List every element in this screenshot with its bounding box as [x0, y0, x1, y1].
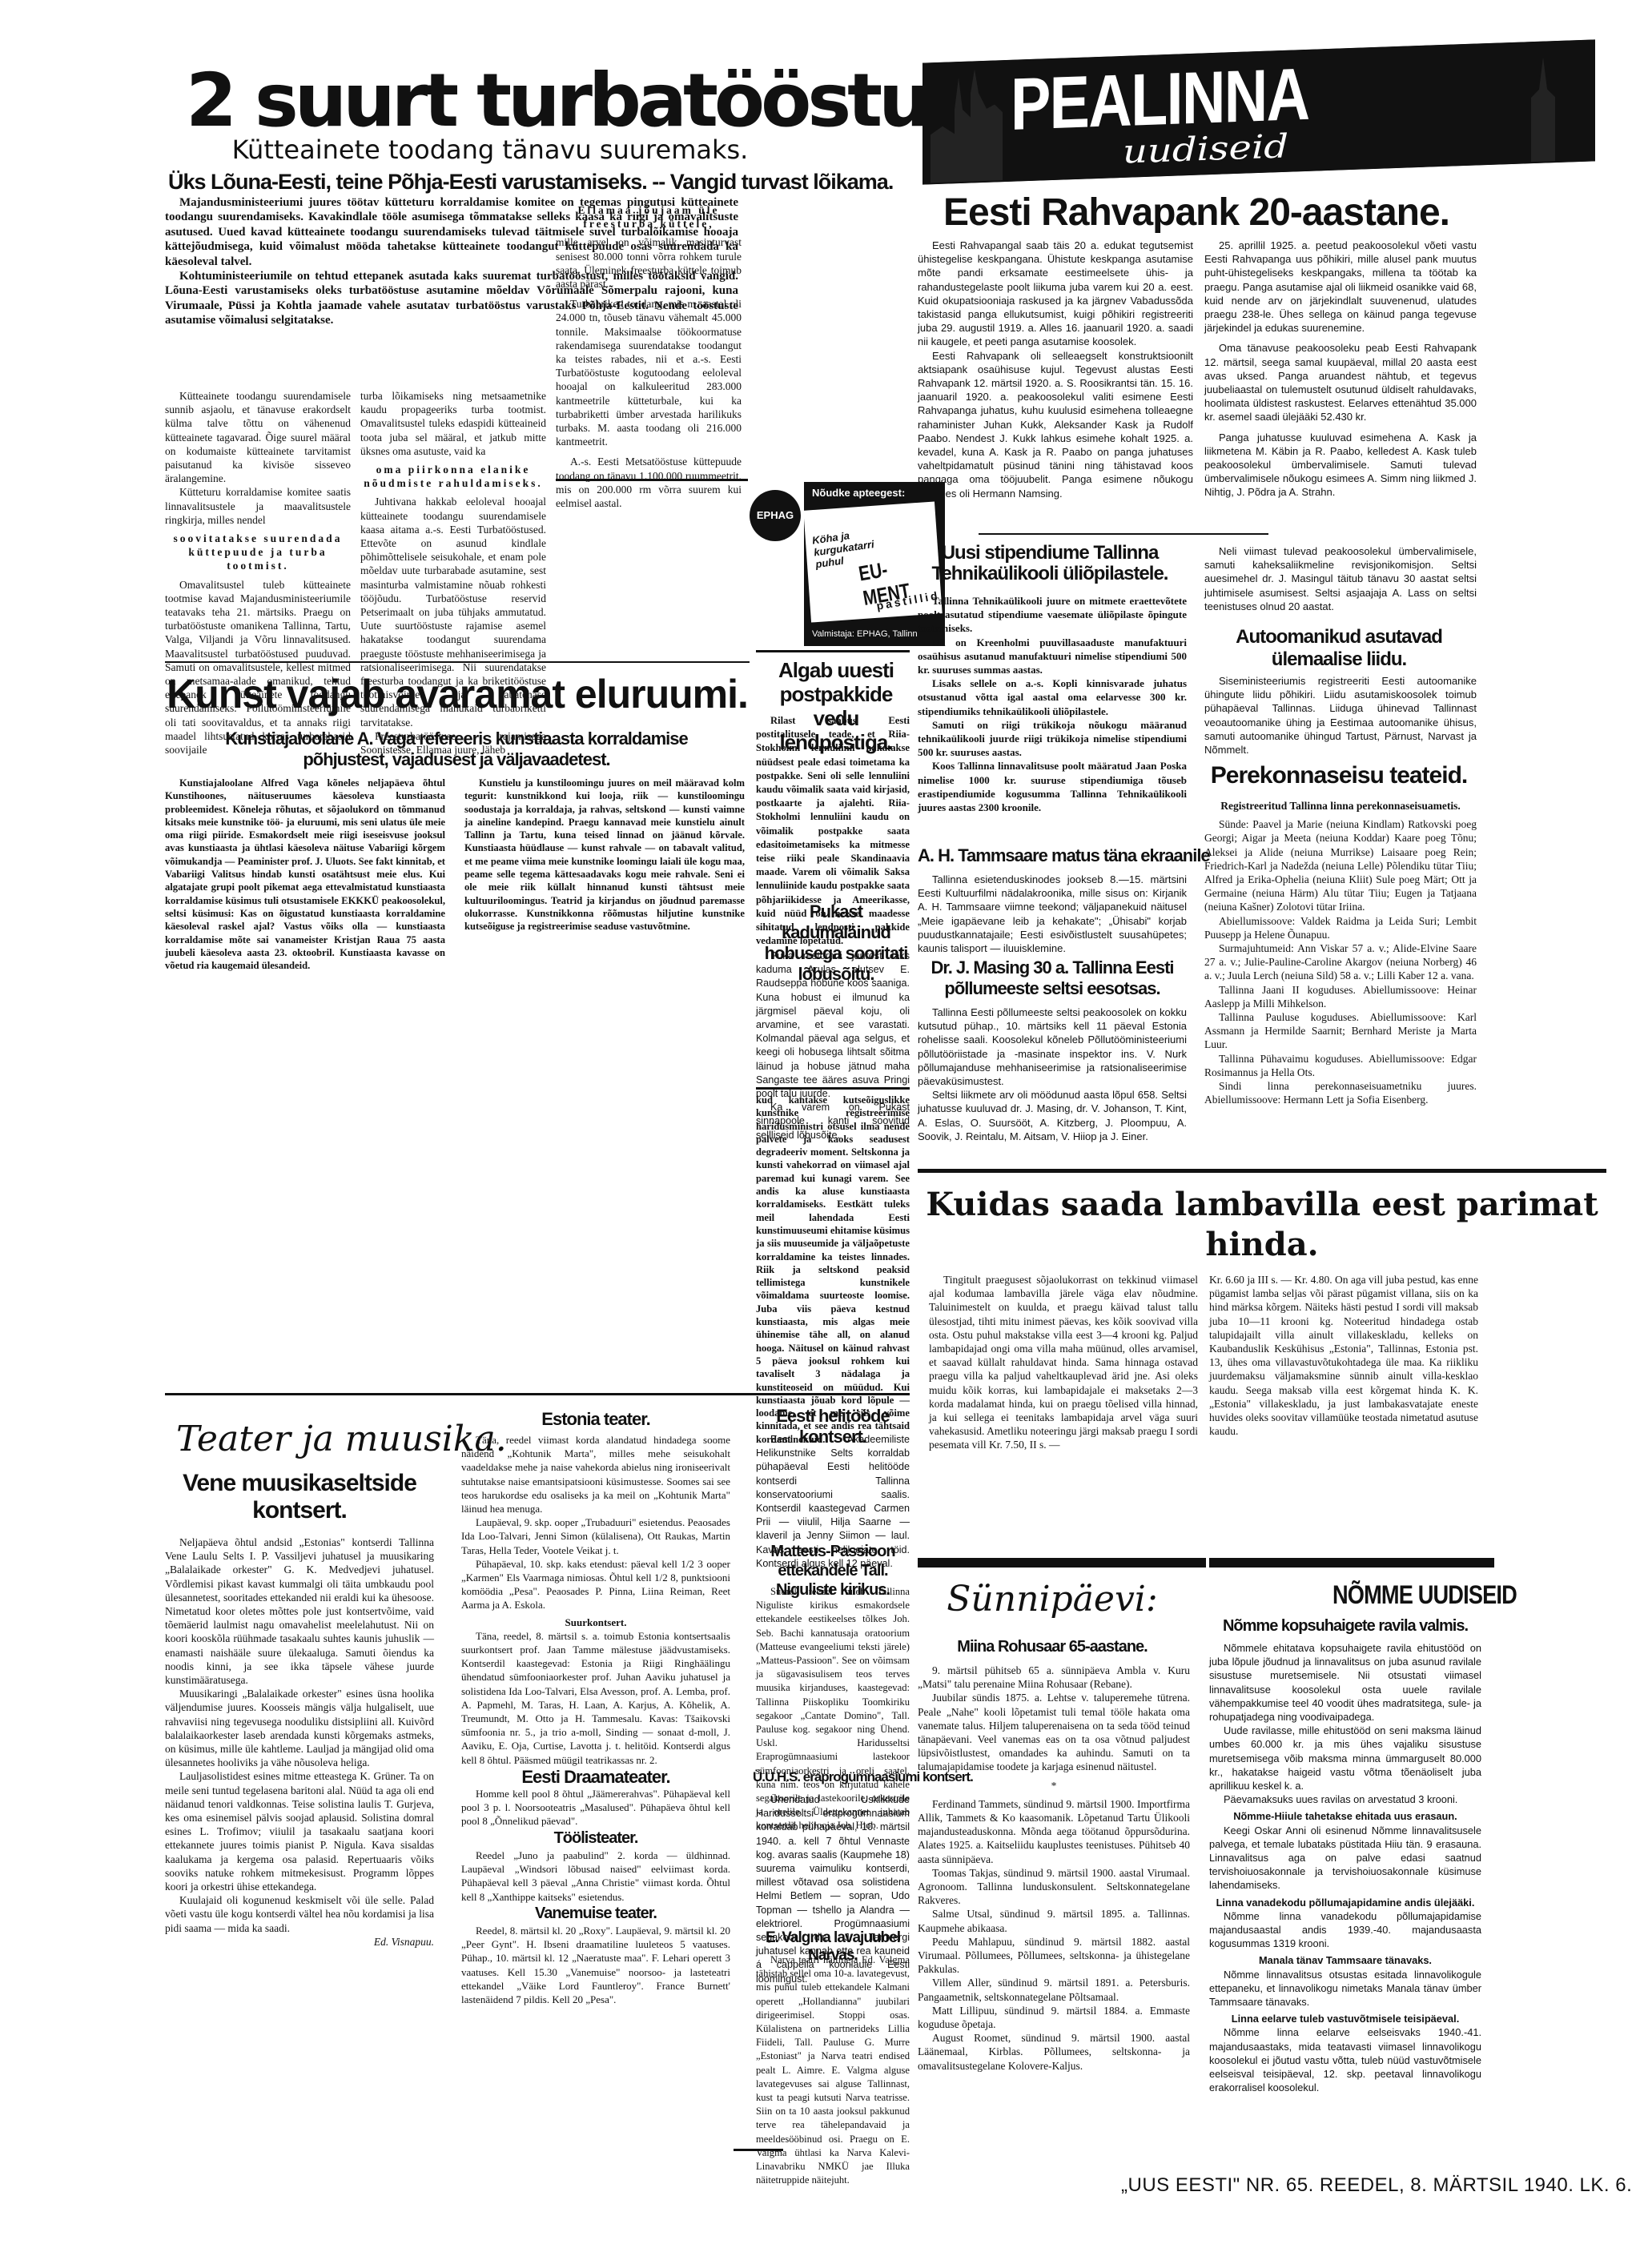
divider-rule: [165, 1393, 910, 1395]
ravila-headline: Nõmme kopsuhaigete ravila valmis.: [1209, 1617, 1481, 1636]
vene-p3: Lauljasolistidest esines mitme etteasteg…: [165, 1769, 434, 1893]
perekonnaseis-p7: Sindi linna perekonnaseisuametniku juure…: [1204, 1079, 1477, 1106]
ravila-p1: Nõmmele ehitatava kopsuhaigete ravila eh…: [1209, 1641, 1481, 1724]
vanemuise-headline: Vanemuise teater.: [461, 1907, 730, 1921]
stipendiumid-p3: Lisaks sellele on a.-s. Kopli kinnisvara…: [918, 676, 1187, 718]
perekonnaseis-p6: Tallinna Pühavaimu koguduses. Abiellumis…: [1204, 1052, 1477, 1079]
main-subhead-2: Üks Lõuna-Eesti, teine Põhja-Eesti varus…: [168, 170, 825, 195]
rohusaar-p1: 9. märtsil pühitseb 65 a. sünnipäeva Amb…: [918, 1664, 1190, 1691]
autoomanikud-headline: Autoomanikud asutavad ülemaalise liidu.: [1204, 626, 1473, 671]
divider-rule: [756, 650, 910, 652]
perekonnaseis-p2: Abiellumissoove: Valdek Raidma ja Leida …: [1204, 914, 1477, 941]
estonia-headline: Estonia teater.: [461, 1409, 730, 1430]
vene-signature: Ed. Visnapuu.: [165, 1935, 434, 1949]
rahvapank-col-1: Eesti Rahvapangal saab täis 20 a. edukat…: [918, 239, 1193, 500]
kunst-col1-p: Kunstiajaloolane Alfred Vaga kõneles nel…: [165, 777, 445, 972]
rahvapank-col1-p2: Eesti Rahvapank oli selleaegselt konstru…: [918, 349, 1193, 500]
divider-rule: [1209, 1558, 1494, 1568]
draama-headline: Eesti Draamateater.: [461, 1770, 730, 1784]
perekonnaseis-p4: Tallinna Jaani II koguduses. Abiellumiss…: [1204, 983, 1477, 1010]
tammsaare-tanav-p: Nõmme linnavalitsus otsustas esitada lin…: [1209, 1968, 1481, 2009]
perekonnaseis-headline: Perekonnaseisu teateid.: [1204, 762, 1473, 789]
masing-body: Tallinna Eesti põllumeeste seltsi peakoo…: [918, 1006, 1187, 1143]
lambavill-col-2: Kr. 6.60 ja III s. — Kr. 4.80. On aga vi…: [1209, 1273, 1478, 1438]
vene-p2: Muusikaringi „Balalaikade orkester" esin…: [165, 1687, 434, 1769]
perekonnaseis-body: Registreeritud Tallinna linna perekonnas…: [1204, 799, 1477, 1106]
main-col3-p3: A.-s. Eesti Metsatööstuse küttepuude too…: [556, 455, 742, 510]
tammsaare-tanav-headline: Manala tänav Tammsaare tänavaks.: [1209, 1953, 1481, 1967]
estonia-p2: Laupäeval, 9. skp. ooper „Trubaduuri" es…: [461, 1515, 730, 1557]
birthday-entry: Matt Lillipuu, sündinud 9. märtsil 1884.…: [918, 2004, 1190, 2031]
ravila-p3: Päevamaksuks uues ravilas on arvestatud …: [1209, 1792, 1481, 1806]
ad-top-text: Nõudke apteegest:: [812, 487, 905, 499]
main-col3-p2: Turbabriketi toodang, mis m. aastal oli …: [556, 297, 742, 448]
main-col1-p1: Kütteainete toodangu suurendamisele sunn…: [165, 389, 351, 485]
kunst-subhead: Kunstiajaloolane A. Vaga refereeris kuns…: [192, 729, 721, 770]
divider-rule: [918, 1169, 1606, 1173]
kunst-headline: Kunst vajab avaramat eluruumi.: [165, 671, 750, 717]
vene-p4: Kuulajaid oli kogunenud keskmiselt või ü…: [165, 1893, 434, 1935]
rohusaar-p2: Juubilar sündis 1875. a. Lehtse v. talup…: [918, 1691, 1190, 1773]
perekonnaseis-p3: Surmajuhtumeid: Ann Viskar 57 a. v.; Ali…: [1204, 941, 1477, 983]
autoomanikud-body: Siseministeeriumis registreeriti Eesti a…: [1204, 674, 1477, 757]
saun-p: Keegi Oskar Anni oli esinenud Nõmme linn…: [1209, 1824, 1481, 1893]
tooliste-p: Reedel „Juno ja paabulind" 2. korda — ül…: [461, 1849, 730, 1904]
perekonnaseis-p5: Tallinna Pauluse koguduses. Abiellumisso…: [1204, 1010, 1477, 1052]
rahvapank-headline: Eesti Rahvapank 20-aastane.: [943, 191, 1449, 235]
eelarve-headline: Linna eelarve tuleb vastuvõtmisele teisi…: [1209, 2012, 1481, 2025]
divider-rule: [979, 533, 1268, 535]
main-col2-p1: turba lõikamiseks ning metsaametnike kau…: [360, 389, 546, 458]
suurkontsert-p: Täna, reedel, 8. märtsil s. a. toimub Es…: [461, 1629, 730, 1767]
stipendiumid-headline: Uusi stipendiume Tallinna Tehnikaülikool…: [918, 543, 1182, 584]
estonia-p3: Pühapäeval, 10. skp. kaks etendust: päev…: [461, 1557, 730, 1612]
stipendiumid-p4: Samuti on riigi trükikoja nõukogu määran…: [918, 718, 1187, 760]
masing-p1: Tallinna Eesti põllumeeste seltsi peakoo…: [918, 1006, 1187, 1088]
vanemuise-p: Reedel, 8. märtsil kl. 20 „Roxy". Laupäe…: [461, 1924, 730, 2006]
estonia-body: Täna, reedel viimast korda alandatud hin…: [461, 1433, 730, 2006]
seltsi-juhtimine: Neli viimast tulevad peakoosolekul ümber…: [1204, 544, 1477, 613]
estonia-p1: Täna, reedel viimast korda alandatud hin…: [461, 1433, 730, 1515]
stipendiumid-p5: Koos Tallinna linnavalitsuse poolt määra…: [918, 759, 1187, 814]
pukast-p1: Puka restorani juurest läks kaduma Arula…: [756, 949, 910, 1101]
sunnipaevi-section-title: Sünnipäevi:: [918, 1579, 1187, 1620]
birthday-entry: Villem Aller, sündinud 9. märtsil 1891. …: [918, 1976, 1190, 2003]
kunst-col-2: Kunstielu ja kunstiloomingu juures on me…: [464, 777, 745, 933]
rahvapank-col-2: 25. aprillil 1925. a. peetud peakoosolek…: [1204, 239, 1477, 500]
tammsaare-p1: Tallinna esietenduskinodes jookseb 8.—15…: [918, 873, 1187, 955]
divider-rule: [918, 1558, 1206, 1568]
divider-rule: [556, 479, 748, 481]
main-col2-spaced: oma piirkonna elanike nõudmiste rahuldam…: [360, 463, 546, 490]
birthday-entry: Salme Utsal, sündinud 9. märtsil 1895. a…: [918, 1907, 1190, 1934]
nomme-body: Nõmmele ehitatava kopsuhaigete ravila eh…: [1209, 1641, 1481, 2095]
tammsaare-headline: A. H. Tammsaare matus täna ekraanile: [918, 845, 1187, 866]
plan-p: Nõmme linna vanadekodu põllumajapidamise…: [1209, 1909, 1481, 1951]
main-col1-spaced: soovitatakse suurendada küttepuude ja tu…: [165, 532, 351, 573]
vene-p1: Neljapäeva õhtul andsid „Estonias" konts…: [165, 1535, 434, 1687]
vene-body: Neljapäeva õhtul andsid „Estonias" konts…: [165, 1535, 434, 1949]
masthead-subtitle: uudiseid: [1123, 127, 1288, 171]
seltsi-juhtimine-p1: Neli viimast tulevad peakoosolekul ümber…: [1204, 544, 1477, 613]
lambavill-col1-p: Tingitult praegusest sõjaolukorrast on t…: [929, 1273, 1198, 1452]
birthday-entry: Peedu Mahlapuu, sündinud 9. märtsil 1882…: [918, 1935, 1190, 1977]
main-col-3: Ellamaa jõujaam üle freesturba küttele, …: [556, 199, 742, 510]
page-footer: „UUS EESTI" NR. 65. REEDEL, 8. MÄRTSIL 1…: [1121, 2174, 1632, 2197]
saun-headline: Nõmme-Hiiule tahetakse ehitada uus erasa…: [1209, 1809, 1481, 1823]
divider-rule: [165, 661, 750, 663]
tooliste-headline: Töölisteater.: [461, 1832, 730, 1845]
teater-section-title: Teater ja muusika.: [176, 1419, 507, 1459]
lambavill-headline: Kuidas saada lambavilla eest parimat hin…: [918, 1185, 1606, 1265]
lambavill-col2-p: Kr. 6.60 ja III s. — Kr. 4.80. On aga vi…: [1209, 1273, 1478, 1438]
nomme-section-title: NÕMME UUDISEID: [1332, 1580, 1517, 1610]
uuhs-headline: Ü.U.H.S. eraprogümnaasiumi kontsert.: [753, 1769, 913, 1785]
rahvapank-col2-p1: 25. aprillil 1925. a. peetud peakoosolek…: [1204, 239, 1477, 335]
perekonnaseis-p1: Sünde: Paavel ja Marie (neiuna Kindlam) …: [1204, 817, 1477, 913]
divider-rule: [756, 1087, 910, 1090]
pealinna-uudiseid-masthead: PEALINNA uudiseid: [922, 39, 1595, 184]
perekonnaseis-sub: Registreeritud Tallinna linna perekonnas…: [1204, 799, 1477, 813]
stipendiumid-p2: Nii on Kreenholmi puuvillasaaduste manuf…: [918, 636, 1187, 677]
rahvapank-col2-p3: Panga juhatusse kuuluvad esimehena A. Ka…: [1204, 431, 1477, 500]
rohusaar-headline: Miina Rohusaar 65-aastane.: [918, 1638, 1187, 1656]
suurkontsert-title: Suurkontsert.: [461, 1616, 730, 1629]
main-subhead-1: Kütteainete toodang tänavu suuremaks.: [186, 134, 794, 165]
ephag-logo-icon: EPHAG: [750, 490, 801, 541]
rahvapank-col2-p2: Oma tänavuse peakoosoleku peab Eesti Rah…: [1204, 341, 1477, 423]
eelarve-p: Nõmme linna eelarve eelseisvaks 1940.-41…: [1209, 2025, 1481, 2094]
autoomanikud-p1: Siseministeeriumis registreeriti Eesti a…: [1204, 674, 1477, 757]
eu-ment-advertisement[interactable]: EPHAG Nõudke apteegest: Köha ja kurgukat…: [756, 482, 910, 646]
stipendiumid-body: Tallinna Tehnikaülikooli juure on mitmet…: [918, 594, 1187, 814]
main-col3-spaced: Ellamaa jõujaam üle freesturba küttele,: [556, 203, 742, 231]
lambavill-col-1: Tingitult praegusest sõjaolukorrast on t…: [929, 1273, 1198, 1452]
ad-maker: Valmistaja: EPHAG, Tallinn: [812, 629, 918, 639]
rahvapank-col1-p1: Eesti Rahvapangal saab täis 20 a. edukat…: [918, 239, 1193, 349]
birthday-entry: Ferdinand Tammets, sündinud 9. märtsil 1…: [918, 1797, 1190, 1866]
sunnipaevi-body: 9. märtsil pühitseb 65 a. sünnipäeva Amb…: [918, 1664, 1190, 2073]
tammsaare-body: Tallinna esietenduskinodes jookseb 8.—15…: [918, 873, 1187, 955]
ravila-p2: Uude ravilasse, mille ehitustööd on seni…: [1209, 1724, 1481, 1792]
kunst-col2-p: Kunstielu ja kunstiloomingu juures on me…: [464, 777, 745, 933]
stipendiumid-p1: Tallinna Tehnikaülikooli juure on mitmet…: [918, 594, 1187, 636]
draama-p: Homme kell pool 8 õhtul „Jäämererahvas".…: [461, 1787, 730, 1828]
star-separator: *: [918, 1779, 1190, 1792]
birthday-entry: August Roomet, sündinud 9. märtsil 1900.…: [918, 2031, 1190, 2073]
vene-headline: Vene muusikaseltside kontsert.: [165, 1470, 434, 1524]
valgma-body: Narva teatri näitmeja Ed. Valgma tähista…: [756, 1953, 910, 2187]
main-col3-p1: mille arvel on võimalik masinturvast sen…: [556, 235, 742, 291]
masing-headline: Dr. J. Masing 30 a. Tallinna Eesti põllu…: [918, 957, 1187, 999]
main-col1-p2: Kütteturu korraldamise komitee saatis li…: [165, 485, 351, 527]
masing-p2: Seltsi liikmete arv oli möödunud aasta l…: [918, 1088, 1187, 1143]
divider-rule: [734, 2149, 783, 2151]
kunst-col-1: Kunstiajaloolane Alfred Vaga kõneles nel…: [165, 777, 445, 972]
plan-headline: Linna vanadekodu põllumajapidamine andis…: [1209, 1896, 1481, 1909]
birthday-entry: Toomas Takjas, sündinud 9. märtsil 1900.…: [918, 1866, 1190, 1908]
valgma-p: Narva teatri näitmeja Ed. Valgma tähista…: [756, 1953, 910, 2187]
